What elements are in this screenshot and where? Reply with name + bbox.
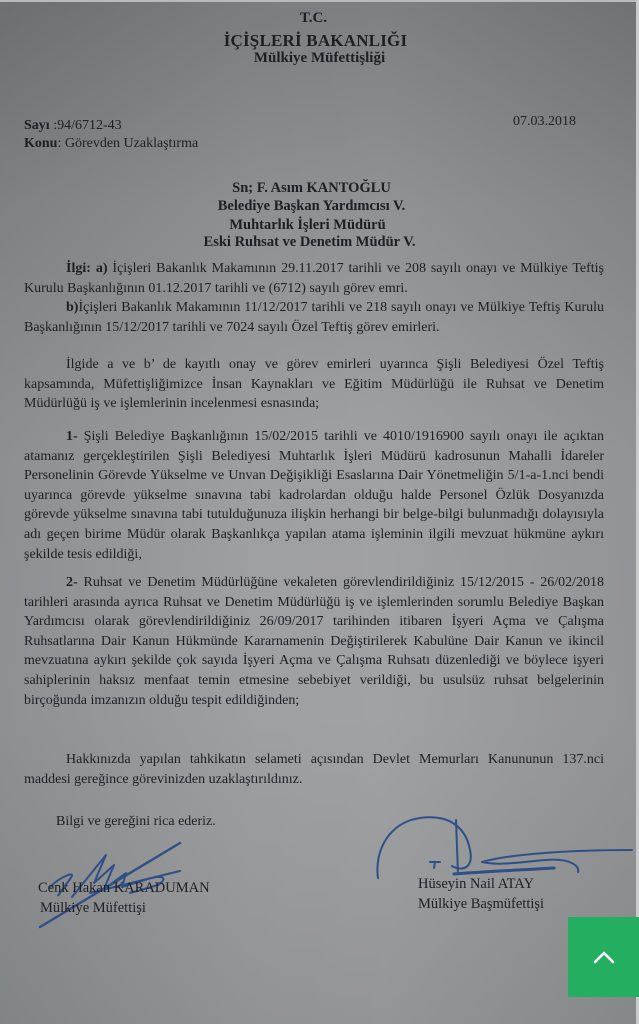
finding-1-marker: 1- (66, 429, 78, 444)
recipient-title-3: Eski Ruhsat ve Denetim Müdür V. (0, 234, 629, 251)
reference-a-text: İçişleri Bakanlık Makamının 29.11.2017 t… (24, 261, 604, 296)
intro-paragraph: İlgide a ve b’ de kayıtlı onay ve görev … (24, 355, 604, 414)
document-subject-value: : Görevden Uzaklaştırma (57, 136, 198, 151)
document-number-value: :94/6712-43 (53, 118, 121, 133)
recipient-title-1: Belediye Başkan Yardımcısı V. (0, 198, 631, 215)
recipient-name: Sn; F. Asım KANTOĞLU (0, 180, 631, 197)
finding-2-text: Ruhsat ve Denetim Müdürlüğüne vekaleten … (24, 575, 604, 708)
decision-text: Hakkınızda yapılan tahkikatın selameti a… (24, 752, 604, 787)
reference-b-marker: b) (66, 300, 78, 315)
document-date: 07.03.2018 (513, 114, 576, 130)
finding-1: 1- Şişli Belediye Başkanlığının 15/02/20… (24, 427, 604, 564)
letterhead-ministry: İÇİŞLERİ BAKANLIĞI (0, 31, 635, 51)
intro-text: İlgide a ve b’ de kayıtlı onay ve görev … (24, 357, 604, 411)
letterhead-country: T.C. (0, 10, 633, 27)
reference-a: İlgi: a) İçişleri Bakanlık Makamının 29.… (24, 259, 604, 298)
scroll-to-top-button[interactable] (568, 917, 639, 997)
finding-2: 2- Ruhsat ve Denetim Müdürlüğüne vekalet… (24, 573, 604, 710)
reference-a-marker: a) (96, 261, 108, 276)
signatory-2-name: Hüseyin Nail ATAY (418, 876, 534, 893)
document-number: Sayı :94/6712-43 (24, 118, 122, 134)
signatory-2-title: Mülkiye Başmüfettişi (418, 896, 544, 913)
closing-text: Bilgi ve gereğini rica ederiz. (56, 814, 216, 829)
closing-paragraph: Bilgi ve gereğini rica ederiz. (24, 812, 604, 832)
signatory-1-title: Mülkiye Müfettişi (40, 900, 146, 917)
finding-2-marker: 2- (66, 575, 78, 590)
official-letter: T.C. İÇİŞLERİ BAKANLIĞI Mülkiye Müfettiş… (0, 0, 639, 1024)
finding-1-text: Şişli Belediye Başkanlığının 15/02/2015 … (24, 429, 604, 562)
reference-label: İlgi: (66, 261, 91, 276)
recipient-title-2: Muhtarlık İşleri Müdürü (0, 217, 627, 234)
reference-b-text: İçişleri Bakanlık Makamının 11/12/2017 t… (24, 300, 604, 335)
reference-b: b)İçişleri Bakanlık Makamının 11/12/2017… (24, 298, 604, 337)
document-subject: Konu: Görevden Uzaklaştırma (24, 136, 198, 152)
letterhead-department: Mülkiye Müfettişliği (0, 50, 639, 67)
chevron-up-icon (593, 950, 615, 964)
document-number-label: Sayı (24, 118, 50, 133)
document-subject-label: Konu (24, 136, 57, 151)
signatory-1-name: Cenk Hakan KARADUMAN (38, 880, 210, 897)
decision-paragraph: Hakkınızda yapılan tahkikatın selameti a… (24, 750, 604, 789)
